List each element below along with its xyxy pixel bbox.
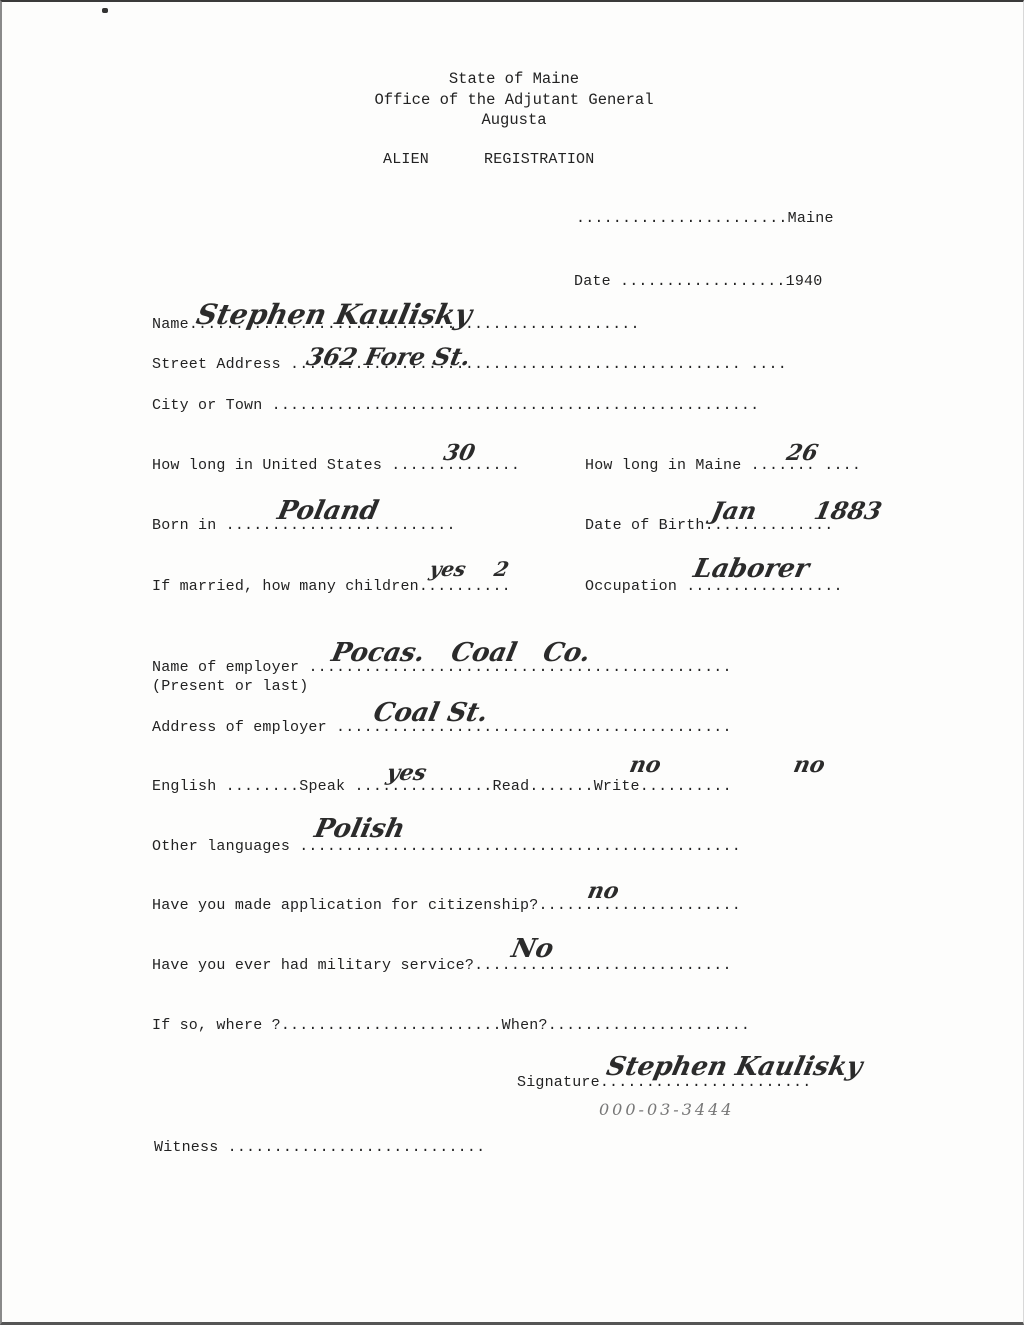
how-long-us-value: 30 [441,440,477,466]
place-line: .......................Maine [576,210,834,227]
title-registration: REGISTRATION [484,151,594,168]
date-of-birth-value: Jan 1883 [709,496,885,525]
born-in-value: Poland [275,496,381,526]
signature-value: Stephen Kaulisky [604,1052,865,1082]
occupation-value: Laborer [691,554,812,584]
other-languages-field: Other languages ........................… [152,838,741,855]
title-alien: ALIEN [383,151,429,168]
military-service-value: No [509,934,556,964]
document-page: State of Maine Office of the Adjutant Ge… [0,0,1024,1325]
witness-field: Witness ............................ [154,1139,485,1156]
english-field: English ........Speak ...............Rea… [152,778,732,795]
reference-number: 000-03-3444 [599,1100,734,1119]
street-address-value: 362 Fore St. [304,342,473,371]
header-state: State of Maine [2,70,1024,88]
english-write-value: no [791,752,827,778]
header-city: Augusta [2,111,1024,129]
if-so-where-field: If so, where ?........................Wh… [152,1017,750,1034]
employer-address-value: Coal St. [371,698,491,728]
citizenship-field: Have you made application for citizenshi… [152,897,741,914]
header-office: Office of the Adjutant General [2,91,1024,109]
name-value: Stephen Kaulisky [193,298,474,331]
how-long-maine-field: How long in Maine ....... .... [585,457,861,474]
employer-sublabel: (Present or last) [152,678,308,695]
city-field: City or Town ...........................… [152,397,759,414]
other-languages-value: Polish [312,814,408,844]
date-line: Date ..................1940 [574,273,822,290]
name-label: Name [152,316,189,333]
military-service-field: Have you ever had military service?.....… [152,957,732,974]
employer-name-value: Pocas. Coal Co. [329,638,593,668]
english-speak-value: yes [384,760,429,786]
citizenship-value: no [585,878,621,904]
children-value: yes 2 [427,557,511,581]
how-long-maine-value: 26 [784,440,820,466]
english-read-value: no [627,752,663,778]
scan-speck [102,8,108,13]
